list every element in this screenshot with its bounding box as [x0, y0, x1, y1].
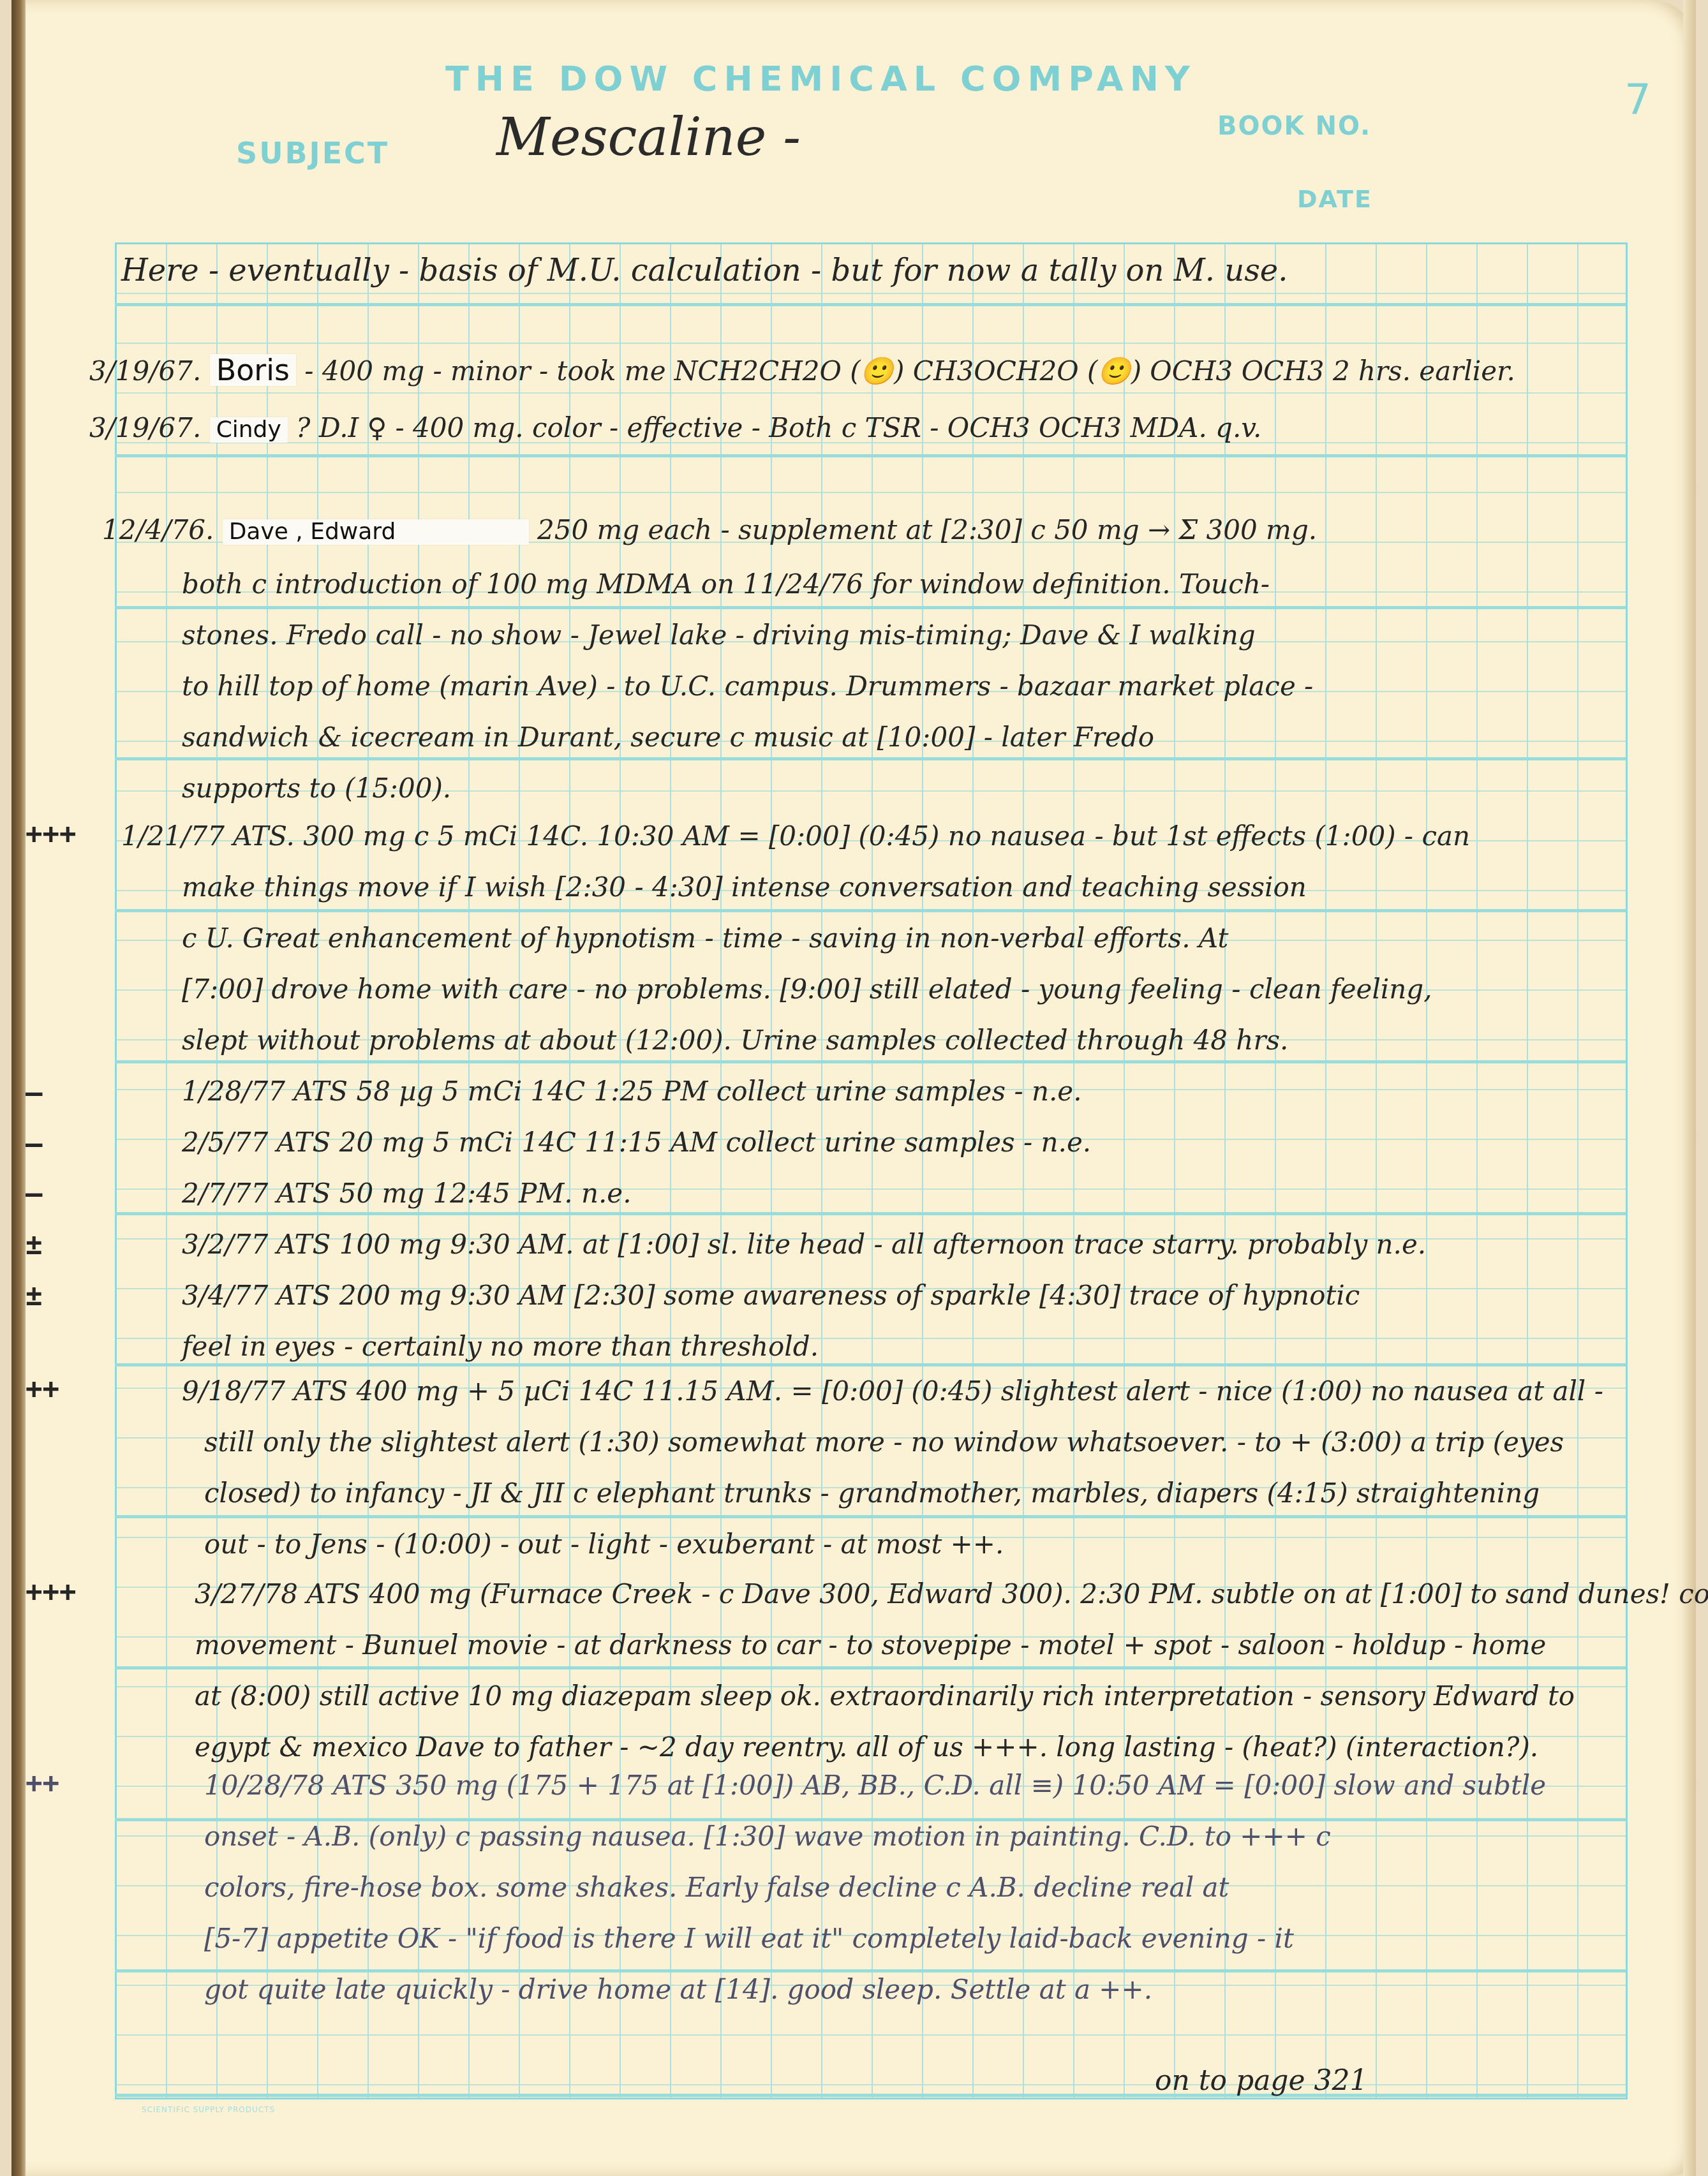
- intro-note: Here - eventually - basis of M.U. calcul…: [121, 255, 1288, 286]
- subject-label: SUBJECT: [236, 136, 389, 170]
- entry-line: to hill top of home (marin Ave) - to U.C…: [182, 673, 1313, 700]
- entry-line: [7:00] drove home with care - no problem…: [182, 976, 1432, 1003]
- entry-text: - 400 mg - minor - took me NCH2CH2O (🙂) …: [304, 355, 1515, 387]
- grid-major-line: [115, 2094, 1626, 2097]
- entry-line: got quite late quickly - drive home at […: [204, 1976, 1152, 2003]
- rating-mark: —: [26, 1128, 43, 1160]
- date-label: DATE: [1297, 185, 1372, 213]
- entry-line: still only the slightest alert (1:30) so…: [204, 1429, 1564, 1456]
- entry-line: colors, fire-hose box. some shakes. Earl…: [204, 1874, 1229, 1901]
- grid-major-line: [115, 1515, 1626, 1518]
- printer-mark: SCIENTIFIC SUPPLY PRODUCTS: [142, 2105, 275, 2114]
- entry-line: supports to (15:00).: [182, 775, 451, 802]
- grid-major-line: [115, 1363, 1626, 1366]
- binding-edge: [11, 0, 26, 2176]
- grid-major-line: [115, 303, 1626, 306]
- rating-mark: ±: [26, 1280, 43, 1312]
- subject-value: Mescaline -: [496, 107, 801, 168]
- entry-line: movement - Bunuel movie - at darkness to…: [195, 1632, 1546, 1659]
- rating-mark: +++: [26, 818, 76, 850]
- company-header: THE DOW CHEMICAL COMPANY: [445, 59, 1196, 99]
- entry-line: stones. Fredo call - no show - Jewel lak…: [182, 622, 1256, 649]
- entry-line: 1/21/77 ATS. 300 mg c 5 mCi 14C. 10:30 A…: [121, 823, 1470, 850]
- rating-mark: —: [26, 1077, 43, 1109]
- grid-major-line: [115, 757, 1626, 760]
- entry-line: [5-7] appetite OK - "if food is there I …: [204, 1925, 1294, 1952]
- entry-line: out - to Jens - (10:00) - out - light - …: [204, 1531, 1004, 1558]
- entry-line: slept without problems at about (12:00).…: [182, 1027, 1288, 1054]
- rating-mark: —: [26, 1178, 43, 1210]
- entry-line: 12/4/76. Dave , Edward 250 mg each - sup…: [102, 517, 1317, 545]
- entry-line: 10/28/78 ATS 350 mg (175 + 175 at [1:00]…: [204, 1772, 1546, 1799]
- grid-major-line: [115, 1060, 1626, 1063]
- rating-mark: ++: [26, 1373, 59, 1405]
- entry-line: at (8:00) still active 10 mg diazepam sl…: [195, 1683, 1575, 1710]
- grid-major-line: [115, 1969, 1626, 1972]
- entry-line: both c introduction of 100 mg MDMA on 11…: [182, 571, 1270, 598]
- entry-line: 3/27/78 ATS 400 mg (Furnace Creek - c Da…: [195, 1581, 1708, 1608]
- rating-mark: +++: [26, 1576, 76, 1608]
- name-label: Cindy: [210, 417, 288, 443]
- entry-line: 9/18/77 ATS 400 mg + 5 µCi 14C 11.15 AM.…: [182, 1378, 1603, 1405]
- continuation-note: on to page 321: [1155, 2067, 1368, 2095]
- entry-text: 250 mg each - supplement at [2:30] c 50 …: [537, 514, 1317, 545]
- grid-major-line: [115, 909, 1626, 912]
- entry-line: 3/2/77 ATS 100 mg 9:30 AM. at [1:00] sl.…: [182, 1231, 1426, 1258]
- entry-line: onset - A.B. (only) c passing nausea. [1…: [204, 1823, 1331, 1850]
- entry-date: 3/19/67.: [89, 412, 201, 443]
- entry-text: ? D.I ♀ - 400 mg. color - effective - Bo…: [296, 412, 1261, 443]
- entry-line: sandwich & icecream in Durant, secure c …: [182, 724, 1154, 751]
- entry-date: 3/19/67.: [89, 355, 201, 387]
- entry-line: 3/19/67. Cindy ? D.I ♀ - 400 mg. color -…: [89, 415, 1261, 443]
- entry-line: closed) to infancy - JI & JII c elephant…: [204, 1480, 1540, 1507]
- entry-line: 3/19/67. Boris - 400 mg - minor - took m…: [89, 354, 1515, 386]
- entry-line: 1/28/77 ATS 58 µg 5 mCi 14C 1:25 PM coll…: [182, 1078, 1082, 1105]
- entry-line: c U. Great enhancement of hypnotism - ti…: [182, 925, 1228, 952]
- entry-line: 3/4/77 ATS 200 mg 9:30 AM [2:30] some aw…: [182, 1282, 1360, 1309]
- entry-line: 2/7/77 ATS 50 mg 12:45 PM. n.e.: [182, 1180, 632, 1207]
- entry-line: feel in eyes - certainly no more than th…: [182, 1333, 819, 1360]
- page-number: 7: [1624, 75, 1651, 124]
- grid-major-line: [115, 454, 1626, 457]
- rating-mark: ++: [26, 1767, 59, 1800]
- entry-date: 12/4/76.: [102, 514, 214, 545]
- grid-major-line: [115, 606, 1626, 609]
- entry-line: make things move if I wish [2:30 - 4:30]…: [182, 874, 1307, 901]
- rating-mark: ±: [26, 1229, 43, 1261]
- page-edge: [1683, 0, 1696, 2176]
- name-label: Boris: [210, 354, 296, 386]
- entry-line: egypt & mexico Dave to father - ~2 day r…: [195, 1734, 1538, 1761]
- grid-major-line: [115, 1666, 1626, 1669]
- grid-major-line: [115, 1212, 1626, 1215]
- entry-line: 2/5/77 ATS 20 mg 5 mCi 14C 11:15 AM coll…: [182, 1129, 1091, 1156]
- book-no-label: BOOK NO.: [1217, 112, 1371, 141]
- name-label: Dave , Edward: [223, 519, 529, 545]
